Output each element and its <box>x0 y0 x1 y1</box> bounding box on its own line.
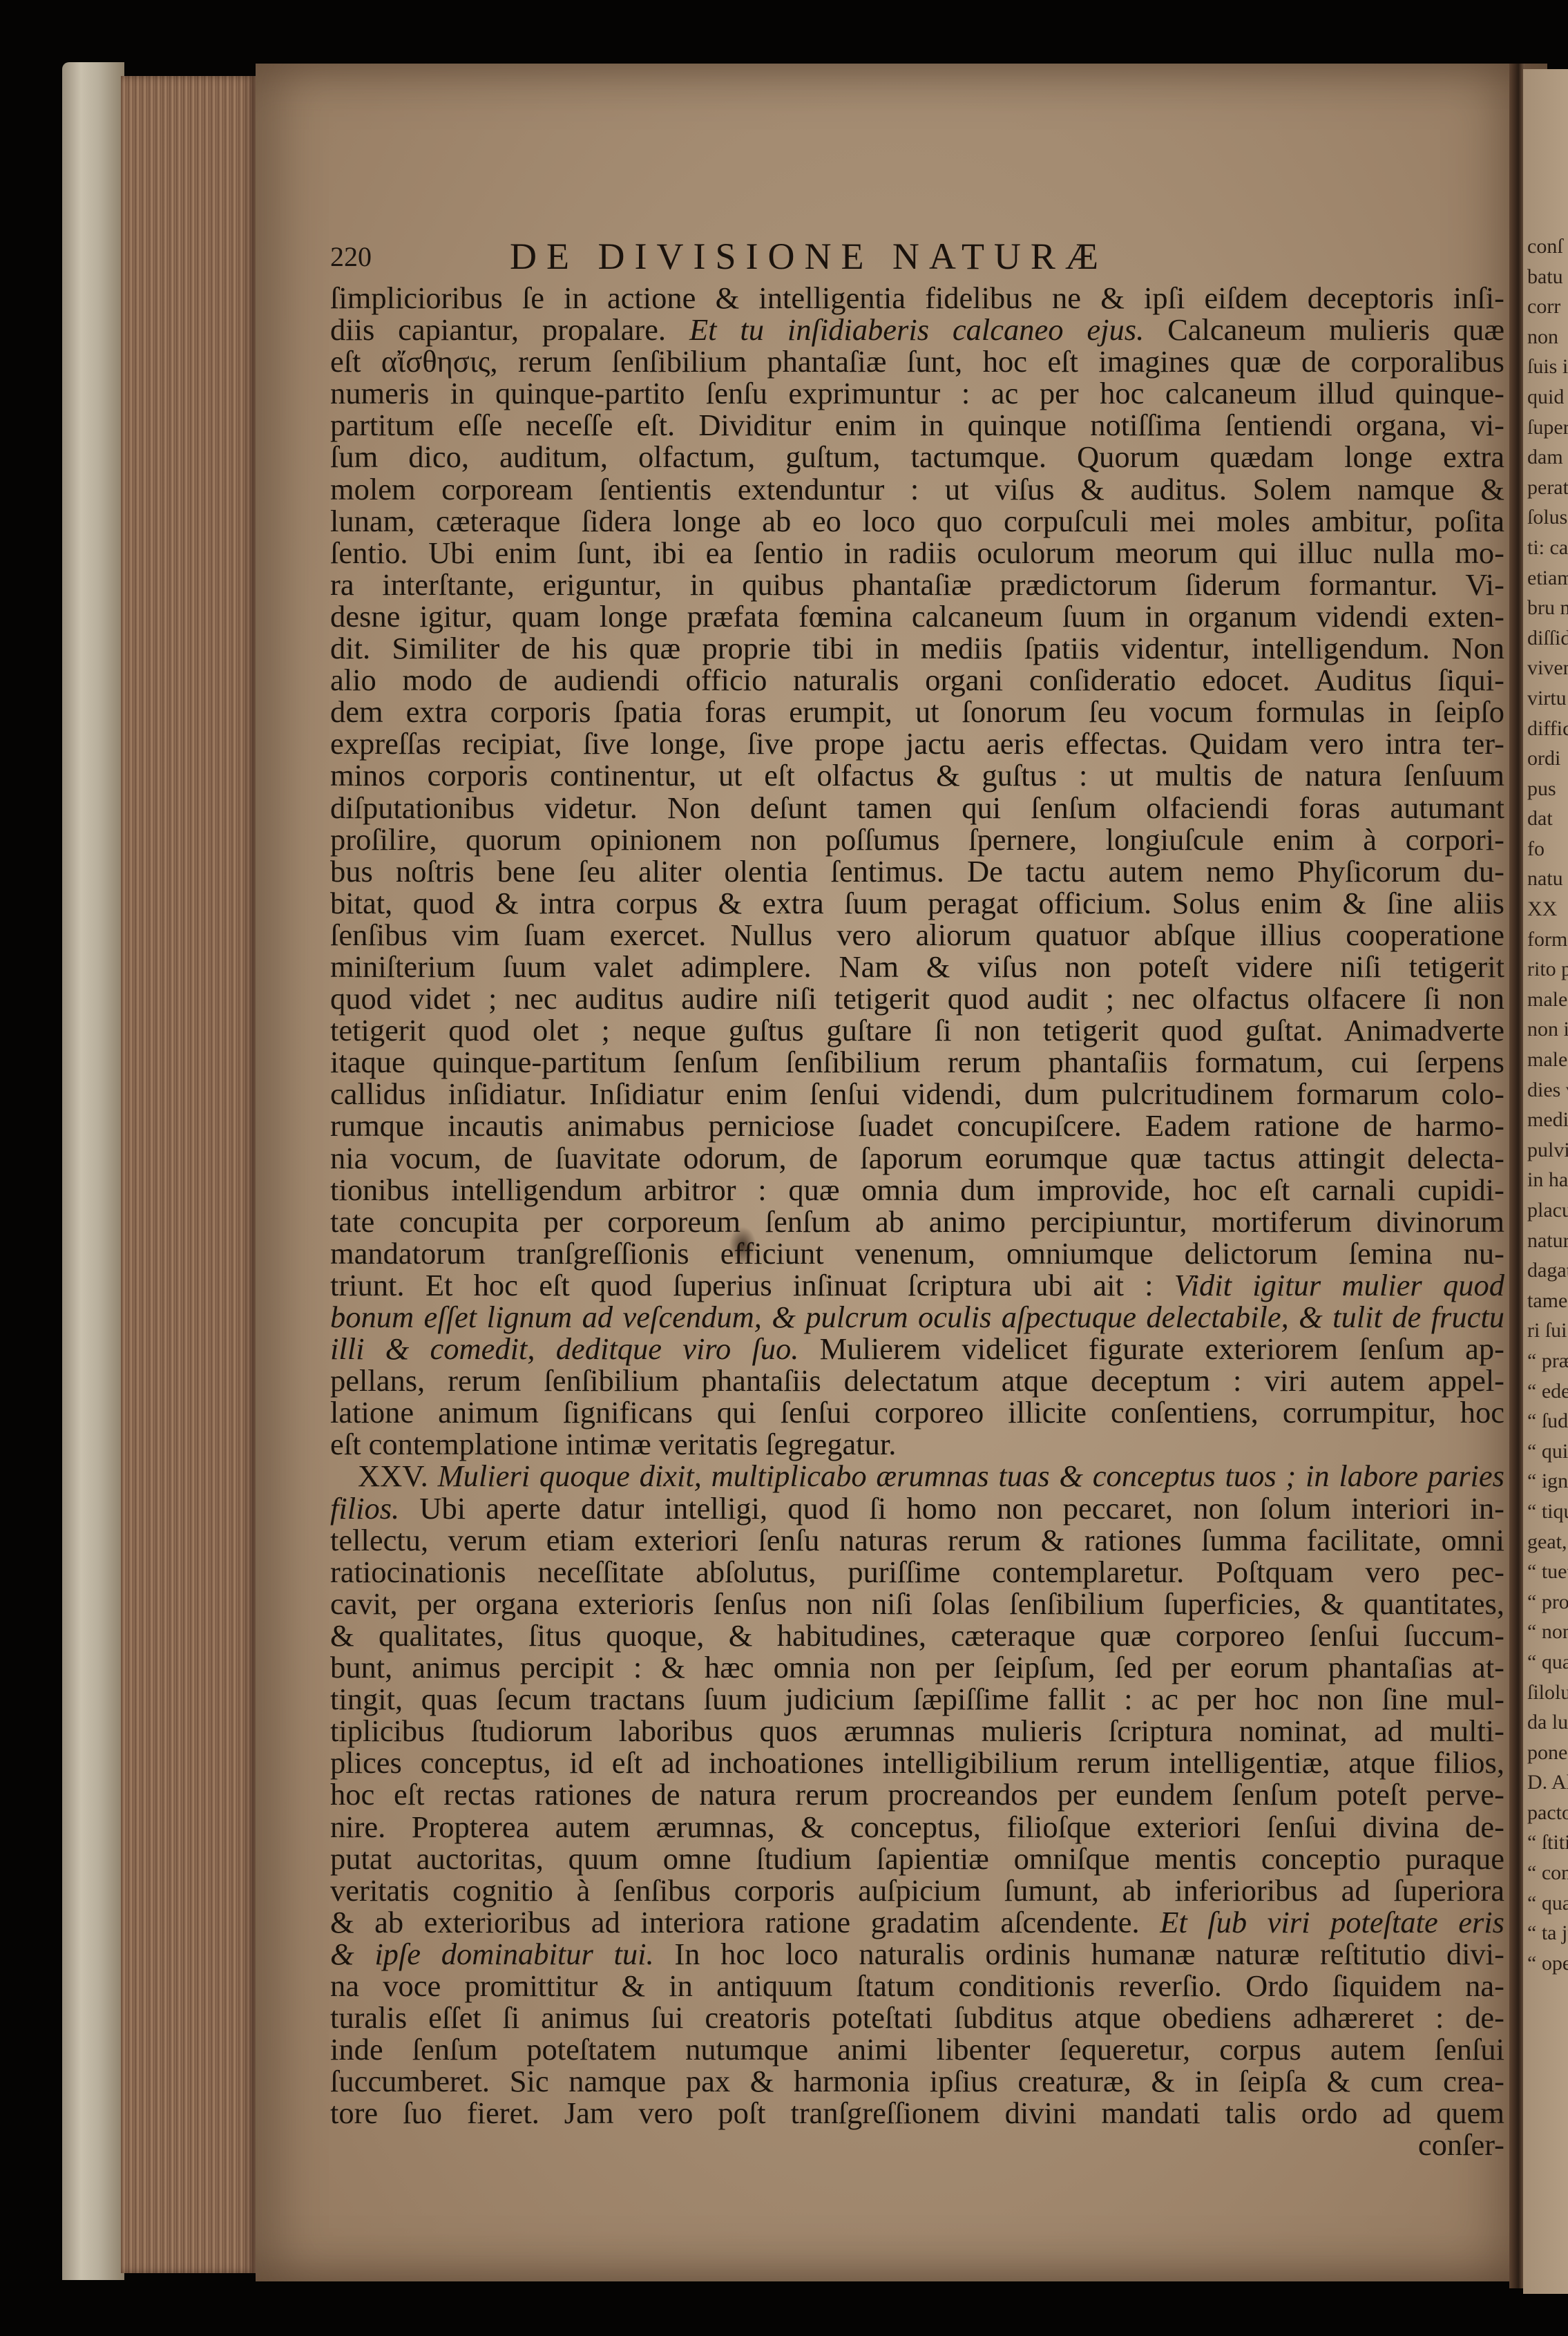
text-line: bunt, animus percipit : & hæc omnia non … <box>330 1651 1504 1683</box>
facing-page-fragment: diſſidi <box>1523 623 1568 654</box>
text-segment: minos corporis continentur, ut eſt olfac… <box>330 758 1504 792</box>
text-line: & qualitates, ſitus quoque, & habitudine… <box>330 1620 1504 1651</box>
text-line: inde ſenſum poteſtatem nutumque animi li… <box>330 2033 1504 2065</box>
text-segment: tate concupita per corporeum ſenſum ab a… <box>330 1204 1504 1239</box>
facing-page-fragment: “ ſudo <box>1523 1406 1568 1436</box>
facing-page-fragment: ſuper <box>1523 412 1568 443</box>
text-segment: na voce promittitur & in antiquum ſtatum… <box>330 1968 1504 2003</box>
text-line: expreſſas recipiat, ſive longe, ſive pro… <box>330 728 1504 759</box>
text-line: diis capiantur, propalare. Et tu inſidia… <box>330 314 1504 345</box>
facing-page-fragment: “ tique <box>1523 1497 1568 1527</box>
text-line: latione animum ſignificans qui ſenſui co… <box>330 1396 1504 1428</box>
italic-quotation: filios. <box>330 1491 399 1526</box>
text-segment: pellans, rerum ſenſibilium phantaſiis de… <box>330 1363 1504 1398</box>
facing-page-fragment: pone. <box>1523 1738 1568 1768</box>
book-gutter <box>1509 64 1524 2288</box>
text-line: callidus inſidiatur. Inſidiatur enim ſen… <box>330 1078 1504 1110</box>
text-segment: bitat, quod & intra corpus & extra ſuum … <box>330 886 1504 920</box>
text-line: miniſterium ſuum valet adimplere. Nam & … <box>330 951 1504 982</box>
text-segment: dem extra corporis ſpatia foras erumpit,… <box>330 694 1504 729</box>
text-segment: tellectu, verum etiam exteriori ſenſu na… <box>330 1523 1504 1557</box>
text-line: veritatis cognitio à ſenſibus corporis a… <box>330 1874 1504 1906</box>
text-segment: ſuccumberet. Sic namque pax & harmonia i… <box>330 2064 1504 2098</box>
facing-page-fragment: batu <box>1523 262 1568 292</box>
text-line: itaque quinque-partitum ſenſum ſenſibili… <box>330 1046 1504 1078</box>
facing-page-fragment: diffic <box>1523 714 1568 744</box>
facing-page-fragment: dam <box>1523 442 1568 473</box>
text-segment: quod videt ; nec auditus audire niſi tet… <box>330 981 1504 1016</box>
catchword: conſer- <box>330 2129 1504 2161</box>
text-line: diſputationibus videtur. Non deſunt tame… <box>330 792 1504 824</box>
text-segment: In hoc loco naturalis ordinis humanæ nat… <box>654 1937 1504 1971</box>
page-stack-edge <box>121 76 256 2273</box>
text-line: nia vocum, de ſuavitate odorum, de ſapor… <box>330 1142 1504 1174</box>
facing-page-fragment: geat, <box>1523 1527 1568 1557</box>
facing-page-fragment: bru m <box>1523 593 1568 623</box>
text-line: dem extra corporis ſpatia foras erumpit,… <box>330 696 1504 728</box>
text-line: tellectu, verum etiam exteriori ſenſu na… <box>330 1524 1504 1556</box>
text-line: tore ſuo fieret. Jam vero poſt tranſgreſ… <box>330 2097 1504 2129</box>
facing-page-fragment: “ ſtitiis <box>1523 1827 1568 1858</box>
text-segment: miniſterium ſuum valet adimplere. Nam & … <box>330 949 1504 984</box>
text-segment: dit. Similiter de his quæ proprie tibi i… <box>330 631 1504 665</box>
facing-page-fragment: XX <box>1523 894 1568 924</box>
facing-page-fragment: rito pr <box>1523 954 1568 985</box>
facing-page-fragment: viven <box>1523 653 1568 683</box>
facing-page-fragment: pulvis <box>1523 1135 1568 1166</box>
italic-quotation: & ipſe dominabitur tui. <box>330 1937 654 1971</box>
text-line: tate concupita per corporeum ſenſum ab a… <box>330 1206 1504 1237</box>
text-segment: veritatis cognitio à ſenſibus corporis a… <box>330 1873 1504 1908</box>
text-segment: numeris in quinque-partito ſenſu exprimu… <box>330 376 1504 410</box>
text-line: ſentio. Ubi enim ſunt, ibi ea ſentio in … <box>330 537 1504 569</box>
text-segment: cavit, per organa exterioris ſenſus non … <box>330 1586 1504 1621</box>
book-cover-edge <box>62 62 124 2280</box>
italic-quotation: Vidit igitur mulier quod <box>1174 1268 1504 1302</box>
text-line: ſum dico, auditum, olfactum, guſtum, tac… <box>330 441 1504 473</box>
text-segment: diis capiantur, propalare. <box>330 312 689 347</box>
text-segment: & qualitates, ſitus quoque, & habitudine… <box>330 1618 1504 1653</box>
text-segment: Ubi aperte datur intelligi, quod ſi homo… <box>399 1491 1504 1526</box>
text-line: & ab exterioribus ad interiora ratione g… <box>330 1906 1504 1938</box>
text-line: ſenſibus vim ſuam exercet. Nullus vero a… <box>330 919 1504 951</box>
facing-page-fragment: maledi <box>1523 1045 1568 1075</box>
text-segment: bus noſtris bene ſeu aliter olentia ſent… <box>330 854 1504 889</box>
facing-page-fragment: pus <box>1523 774 1568 804</box>
facing-page-fragment: “ propr <box>1523 1587 1568 1617</box>
text-line: ra interſtante, eriguntur, in quibus pha… <box>330 569 1504 600</box>
text-segment: tionibus intelligendum arbitror : quæ om… <box>330 1172 1504 1207</box>
text-line: desne igitur, quam longe præfata fœmina … <box>330 600 1504 632</box>
text-line: mandatorum tranſgreſſionis efficiunt ven… <box>330 1237 1504 1269</box>
facing-page-fragment: virtu <box>1523 683 1568 714</box>
text-segment: tingit, quas ſecum tractans ſuum judiciu… <box>330 1682 1504 1716</box>
text-segment: molem corpoream ſentientis extenduntur :… <box>330 472 1504 506</box>
text-line: ratiocinationis neceſſitate abſolutus, p… <box>330 1556 1504 1588</box>
text-segment: rumque incautis animabus perniciose ſuad… <box>330 1108 1504 1143</box>
text-segment: & ab exterioribus ad interiora ratione g… <box>330 1905 1160 1939</box>
facing-page-fragment: “ tuetur <box>1523 1557 1568 1587</box>
facing-page-fragment: “ ignor <box>1523 1466 1568 1497</box>
text-line: rumque incautis animabus perniciose ſuad… <box>330 1110 1504 1141</box>
text-segment: diſputationibus videtur. Non deſunt tame… <box>330 790 1504 825</box>
text-line: tetigerit quod olet ; neque guſtus guſta… <box>330 1014 1504 1046</box>
text-segment: mandatorum tranſgreſſionis efficiunt ven… <box>330 1236 1504 1271</box>
text-segment: tore ſuo fieret. Jam vero poſt tranſgreſ… <box>330 2096 1504 2130</box>
text-line: proſilire, quorum opinionem non poſſumus… <box>330 824 1504 855</box>
text-segment: hoc eſt rectas rationes de natura rerum … <box>330 1777 1504 1812</box>
text-segment: proſilire, quorum opinionem non poſſumus… <box>330 822 1504 857</box>
facing-page-fragment: “ præ <box>1523 1346 1568 1376</box>
text-segment: putat auctoritas, quum omne ſtudium ſapi… <box>330 1841 1504 1876</box>
facing-page-fragment: fo <box>1523 834 1568 864</box>
text-segment: Calcaneum mulieris quæ <box>1144 312 1504 347</box>
facing-page-fragment: “ ta judici <box>1523 1918 1568 1948</box>
facing-page-fragment: in hac <box>1523 1165 1568 1195</box>
italic-quotation: Mulieri quoque dixit, multiplicabo ærumn… <box>438 1459 1504 1493</box>
text-segment: turalis eſſet ſi animus ſui creatoris po… <box>330 2000 1504 2035</box>
text-segment: eſt αἴσθησις, rerum ſenſibilium phantaſi… <box>330 344 1504 379</box>
text-segment: tiplicibus ſtudiorum laboribus quos ærum… <box>330 1713 1504 1748</box>
facing-page-fragment: natura <box>1523 1226 1568 1256</box>
text-segment: ſentio. Ubi enim ſunt, ibi ea ſentio in … <box>330 535 1504 570</box>
text-line: tingit, quas ſecum tractans ſuum judiciu… <box>330 1683 1504 1715</box>
facing-page-fragment: ordi <box>1523 743 1568 774</box>
text-line: illi & comedit, deditque viro ſuo. Mulie… <box>330 1333 1504 1365</box>
page-number: 220 <box>330 240 372 273</box>
facing-page-fragment: ſolus <box>1523 502 1568 533</box>
text-segment: tetigerit quod olet ; neque guſtus guſta… <box>330 1013 1504 1047</box>
running-head: 220 DE DIVISIONE NATURÆ <box>330 235 1518 283</box>
facing-page-text: conſbatucorrnonſuis iquidſuperdamperatſo… <box>1523 231 1568 1978</box>
text-line: bitat, quod & intra corpus & extra ſuum … <box>330 887 1504 919</box>
facing-page-fragment: D. Ali <box>1523 1767 1568 1798</box>
facing-page-fragment: dat <box>1523 804 1568 834</box>
body-text: ſimplicioribus ſe in actione & intellige… <box>330 282 1504 2161</box>
text-segment: callidus inſidiatur. Inſidiatur enim ſen… <box>330 1076 1504 1111</box>
facing-page-fragment: dagatio <box>1523 1255 1568 1286</box>
facing-page-fragment: “ non <box>1523 1617 1568 1647</box>
facing-page-fragment: pacto : <box>1523 1798 1568 1828</box>
text-segment: XXV. <box>358 1459 438 1493</box>
facing-page-fragment: “ quia <box>1523 1436 1568 1467</box>
facing-page-fragment: dies vi <box>1523 1075 1568 1105</box>
text-line: hoc eſt rectas rationes de natura rerum … <box>330 1778 1504 1810</box>
text-line: plices conceptus, id eſt ad inchoationes… <box>330 1747 1504 1778</box>
text-line: tionibus intelligendum arbitror : quæ om… <box>330 1174 1504 1206</box>
text-segment: eſt contemplatione intimæ veritatis ſegr… <box>330 1427 896 1461</box>
text-line: ſuccumberet. Sic namque pax & harmonia i… <box>330 2065 1504 2097</box>
text-segment: ratiocinationis neceſſitate abſolutus, p… <box>330 1555 1504 1589</box>
text-line: nire. Propterea autem ærumnas, & concept… <box>330 1811 1504 1843</box>
facing-page-edge: conſbatucorrnonſuis iquidſuperdamperatſo… <box>1523 69 1568 2294</box>
text-segment: ra interſtante, eriguntur, in quibus pha… <box>330 567 1504 602</box>
italic-quotation: Et tu inſidiaberis calcaneo ejus. <box>689 312 1144 347</box>
italic-quotation: Et ſub viri poteſtate eris <box>1160 1905 1504 1939</box>
text-segment: lunam, cæteraque ſidera longe ab eo loco… <box>330 504 1504 538</box>
facing-page-fragment: “ edes <box>1523 1376 1568 1407</box>
text-line: turalis eſſet ſi animus ſui creatoris po… <box>330 2002 1504 2033</box>
text-line: pellans, rerum ſenſibilium phantaſiis de… <box>330 1365 1504 1396</box>
text-line: quod videt ; nec auditus audire niſi tet… <box>330 982 1504 1014</box>
text-line: putat auctoritas, quum omne ſtudium ſapi… <box>330 1843 1504 1874</box>
text-line: ſimplicioribus ſe in actione & intellige… <box>330 282 1504 314</box>
text-segment: Mulierem videlicet figurate exteriorem ſ… <box>799 1331 1504 1366</box>
text-line: XXV. Mulieri quoque dixit, multiplicabo … <box>330 1460 1504 1492</box>
text-line: cavit, per organa exterioris ſenſus non … <box>330 1588 1504 1620</box>
text-line: & ipſe dominabitur tui. In hoc loco natu… <box>330 1938 1504 1970</box>
facing-page-fragment: non <box>1523 322 1568 352</box>
text-line: bus noſtris bene ſeu aliter olentia ſent… <box>330 855 1504 887</box>
facing-page-fragment: natu <box>1523 864 1568 894</box>
facing-page-fragment: da lu <box>1523 1707 1568 1738</box>
facing-page-fragment: placui <box>1523 1195 1568 1226</box>
facing-page-fragment: “ quæ <box>1523 1647 1568 1678</box>
text-segment: partitum eſſe neceſſe eſt. Dividitur eni… <box>330 408 1504 442</box>
facing-page-fragment: conſ <box>1523 231 1568 262</box>
text-line: alio modo de audiendi officio naturalis … <box>330 664 1504 696</box>
text-line: tiplicibus ſtudiorum laboribus quos ærum… <box>330 1715 1504 1747</box>
text-line: partitum eſſe neceſſe eſt. Dividitur eni… <box>330 409 1504 441</box>
facing-page-fragment: ſuis i <box>1523 352 1568 382</box>
text-segment: alio modo de audiendi officio naturalis … <box>330 663 1504 697</box>
facing-page-fragment: etiam <box>1523 563 1568 594</box>
text-line: triunt. Et hoc eſt quod ſuperius inſinua… <box>330 1269 1504 1301</box>
text-line: eſt αἴσθησις, rerum ſenſibilium phantaſi… <box>330 345 1504 377</box>
text-segment: ſimplicioribus ſe in actione & intellige… <box>330 281 1504 315</box>
facing-page-fragment: ſilolun <box>1523 1678 1568 1708</box>
text-segment: triunt. Et hoc eſt quod ſuperius inſinua… <box>330 1268 1174 1302</box>
facing-page-fragment: corr <box>1523 292 1568 322</box>
facing-page-fragment: “ comed <box>1523 1858 1568 1888</box>
facing-page-fragment: ti: ca <box>1523 533 1568 563</box>
text-line: eſt contemplatione intimæ veritatis ſegr… <box>330 1428 1504 1460</box>
text-segment: inde ſenſum poteſtatem nutumque animi li… <box>330 2032 1504 2067</box>
facing-page-fragment: tamen <box>1523 1286 1568 1316</box>
facing-page-fragment: ri ſui <box>1523 1316 1568 1346</box>
text-segment: ſum dico, auditum, olfactum, guſtum, tac… <box>330 439 1504 474</box>
facing-page-fragment: non ip <box>1523 1014 1568 1045</box>
text-line: filios. Ubi aperte datur intelligi, quod… <box>330 1492 1504 1524</box>
text-segment: latione animum ſignificans qui ſenſui co… <box>330 1395 1504 1430</box>
text-segment: nire. Propterea autem ærumnas, & concept… <box>330 1810 1504 1844</box>
text-segment: bunt, animus percipit : & hæc omnia non … <box>330 1650 1504 1684</box>
text-segment: plices conceptus, id eſt ad inchoationes… <box>330 1745 1504 1780</box>
text-segment: ſenſibus vim ſuam exercet. Nullus vero a… <box>330 918 1504 952</box>
text-line: lunam, cæteraque ſidera longe ab eo loco… <box>330 505 1504 537</box>
facing-page-fragment: “ operibu <box>1523 1948 1568 1979</box>
text-line: na voce promittitur & in antiquum ſtatum… <box>330 1970 1504 2002</box>
text-line: numeris in quinque-partito ſenſu exprimu… <box>330 377 1504 409</box>
facing-page-fragment: quid <box>1523 382 1568 412</box>
text-segment: nia vocum, de ſuavitate odorum, de ſapor… <box>330 1141 1504 1175</box>
text-segment: itaque quinque-partitum ſenſum ſenſibili… <box>330 1045 1504 1079</box>
facing-page-fragment: medit <box>1523 1105 1568 1135</box>
italic-quotation: bonum eſſet lignum ad veſcendum, & pulcr… <box>330 1300 1504 1334</box>
text-segment: desne igitur, quam longe præfata fœmina … <box>330 599 1504 634</box>
facing-page-fragment: perat <box>1523 473 1568 503</box>
facing-page-fragment: forma <box>1523 924 1568 955</box>
facing-page-fragment: maledic <box>1523 985 1568 1015</box>
text-line: bonum eſſet lignum ad veſcendum, & pulcr… <box>330 1301 1504 1333</box>
facing-page-fragment: “ quam vi <box>1523 1888 1568 1919</box>
text-line: minos corporis continentur, ut eſt olfac… <box>330 759 1504 791</box>
text-line: dit. Similiter de his quæ proprie tibi i… <box>330 632 1504 664</box>
text-line: molem corpoream ſentientis extenduntur :… <box>330 473 1504 505</box>
text-segment: expreſſas recipiat, ſive longe, ſive pro… <box>330 726 1504 761</box>
italic-quotation: illi & comedit, deditque viro ſuo. <box>330 1331 799 1366</box>
running-title: DE DIVISIONE NATURÆ <box>510 235 1108 278</box>
